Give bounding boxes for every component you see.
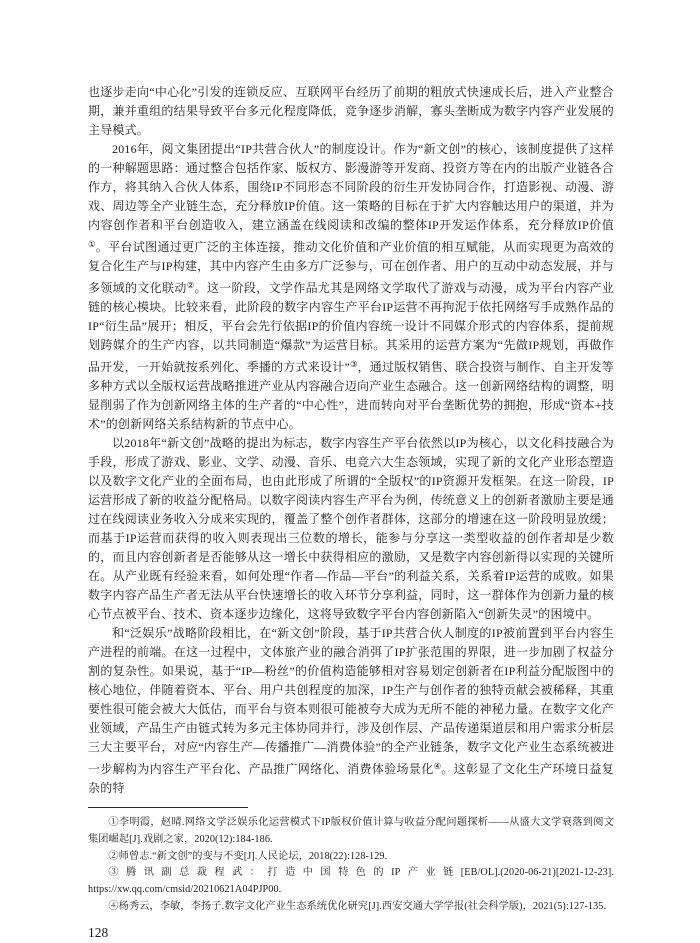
footnote: ④杨秀云，李敏，李扬子.数字文化产业生态系统优化研究[J].西安交通大学学报(社… (88, 899, 614, 916)
paragraph: 也逐步走向“中心化”引发的连锁反应、互联网平台经历了前期的粗放式快速成长后，进入… (88, 83, 614, 140)
footnote-ref: ① (88, 239, 96, 249)
paragraph-text: 也逐步走向“中心化”引发的连锁反应、互联网平台经历了前期的粗放式快速成长后，进入… (88, 85, 614, 137)
page-number: 128 (88, 916, 614, 941)
paragraph: 2016年，阅文集团提出“IP共营合伙人”的制度设计。作为“新文创”的核心，该制… (88, 140, 614, 434)
footnote-ref: ③ (350, 359, 358, 369)
paragraph: 和“泛娱乐”战略阶段相比，在“新文创”阶段，基于IP共营合伙人制度的IP被前置到… (88, 624, 614, 798)
footnote-ref: ② (187, 280, 195, 290)
paragraph-text: 2016年，阅文集团提出“IP共营合伙人”的制度设计。作为“新文创”的核心，该制… (88, 142, 614, 232)
footnote-separator (88, 807, 248, 808)
footnote: ②师曾志.“新文创”的变与不变[J].人民论坛，2018(22):128-129… (88, 849, 614, 866)
body-text: 也逐步走向“中心化”引发的连锁反应、互联网平台经历了前期的粗放式快速成长后，进入… (88, 83, 614, 798)
footnote: ③腾讯副总裁程武：打造中国特色的IP产业链[EB/OL].(2020-06-21… (88, 865, 614, 899)
footnote: ①李明霞，赵晴.网络文学泛娱乐化运营模式下IP版权价值计算与收益分配问题探析——… (88, 815, 614, 849)
paragraph-text: 和“泛娱乐”战略阶段相比，在“新文创”阶段，基于IP共营合伙人制度的IP被前置到… (88, 626, 614, 776)
footnotes-list: ①李明霞，赵晴.网络文学泛娱乐化运营模式下IP版权价值计算与收益分配问题探析——… (88, 815, 614, 916)
text-column: 也逐步走向“中心化”引发的连锁反应、互联网平台经历了前期的粗放式快速成长后，进入… (88, 83, 614, 941)
document-page: 也逐步走向“中心化”引发的连锁反应、互联网平台经历了前期的粗放式快速成长后，进入… (0, 0, 700, 943)
paragraph: 以2018年“新文创”战略的提出为标志，数字内容生产平台依然以IP为核心，以文化… (88, 434, 614, 624)
paragraph-text: 以2018年“新文创”战略的提出为标志，数字内容生产平台依然以IP为核心，以文化… (88, 436, 614, 621)
